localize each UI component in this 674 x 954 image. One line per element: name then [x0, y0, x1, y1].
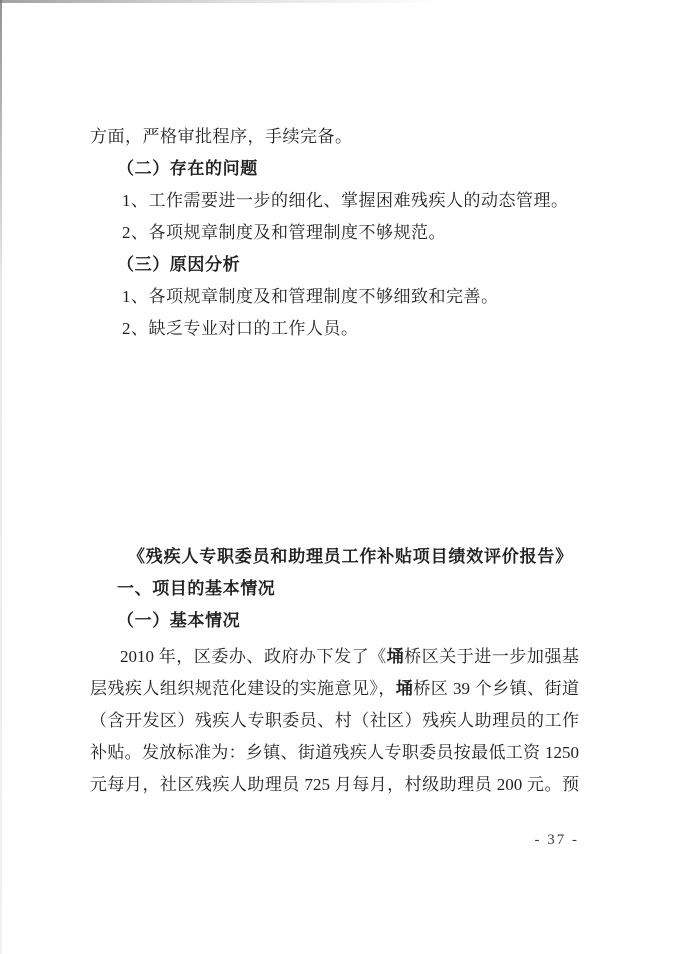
paragraph-line: （含开发区）残疾人专职委员、村（社区）残疾人助理员的工作	[90, 705, 579, 737]
subsection-heading: （一）基本情况	[90, 605, 579, 637]
report-paragraph: 2010 年，区委办、政府办下发了《埇桥区关于进一步加强基 层残疾人组织规范化建…	[90, 641, 579, 801]
subsection-heading: （二）存在的问题	[90, 153, 579, 185]
scan-edge-left-artifact	[0, 0, 2, 954]
page-number: - 37 -	[90, 831, 579, 849]
page-content: 方面，严格审批程序，手续完备。 （二）存在的问题 1、工作需要进一步的细化、掌握…	[90, 121, 579, 801]
paragraph-line: 补贴。发放标准为：乡镇、街道残疾人专职委员按最低工资 1250	[90, 737, 579, 769]
paragraph-line: 2010 年，区委办、政府办下发了《埇桥区关于进一步加强基	[90, 641, 579, 673]
section-heading: 一、项目的基本情况	[90, 573, 579, 605]
scan-edge-top-artifact	[0, 0, 440, 3]
paragraph-line: 元每月，社区残疾人助理员 725 月每月，村级助理员 200 元。预	[90, 769, 579, 801]
paragraph-line: 层残疾人组织规范化建设的实施意见》，埇桥区 39 个乡镇、街道	[90, 673, 579, 705]
report-title: 《残疾人专职委员和助理员工作补贴项目绩效评价报告》	[90, 541, 579, 573]
list-item: 2、缺乏专业对口的工作人员。	[90, 313, 579, 345]
document-page: 方面，严格审批程序，手续完备。 （二）存在的问题 1、工作需要进一步的细化、掌握…	[0, 0, 674, 954]
vertical-gap	[90, 345, 579, 541]
paragraph-line: 方面，严格审批程序，手续完备。	[90, 121, 579, 153]
subsection-heading: （三）原因分析	[90, 249, 579, 281]
list-item: 1、工作需要进一步的细化、掌握困难残疾人的动态管理。	[90, 185, 579, 217]
report-section: 《残疾人专职委员和助理员工作补贴项目绩效评价报告》 一、项目的基本情况 （一）基…	[90, 541, 579, 801]
list-item: 2、各项规章制度及和管理制度不够规范。	[90, 217, 579, 249]
list-item: 1、各项规章制度及和管理制度不够细致和完善。	[90, 281, 579, 313]
upper-section: 方面，严格审批程序，手续完备。 （二）存在的问题 1、工作需要进一步的细化、掌握…	[90, 121, 579, 345]
